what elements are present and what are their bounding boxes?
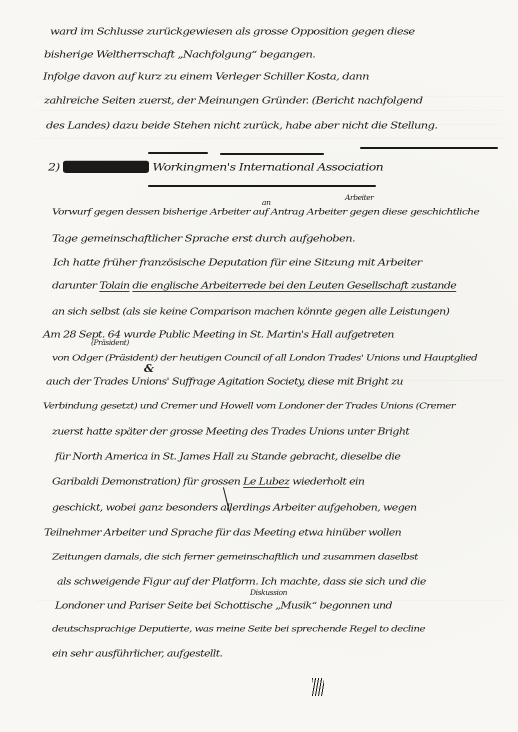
manuscript-line: Garibaldi Demonstration) für grossen Le … [52,476,364,487]
line-text: wiederholt ein [292,476,364,487]
struck-out-word: Internationale [63,161,149,173]
line-text: to decline [379,624,425,634]
line-text: geschickt, wobei ganz besonders allerdin… [52,502,417,513]
line-text: für North America in St. James Hall zu S… [55,451,400,462]
line-text: als schweigende Figur auf der Platform. … [57,576,426,587]
line-text: Verbindung gesetzt) und Cremer und Howel… [43,401,455,411]
line-text: ein sehr ausführlicher, aufgestellt. [52,648,222,659]
manuscript-line: an sich selbst (als sie keine Comparison… [52,306,449,317]
underline-stroke [148,152,208,154]
line-text: deutschsprachige Deputierte, was meine S… [52,624,376,634]
line-text: Garibaldi [52,476,98,487]
manuscript-line: darunter Tolain die englische Arbeiterre… [52,280,456,291]
line-text: Infolge davon auf kurz zu einem Verleger… [43,71,369,82]
line-text: Vorwurf gegen dessen bisherige Arbeiter … [52,207,479,217]
manuscript-line: Tage gemeinschaftlicher Sprache erst dur… [52,233,355,244]
manuscript-line: Ich hatte früher französische Deputation… [53,257,422,268]
manuscript-line: Verbindung gesetzt) und Cremer und Howel… [43,401,455,411]
interlinear-insertion: & [144,362,154,375]
heading-text: Workingmen's International Association [152,161,383,173]
interlinear-insertion: Diskussion [250,588,287,597]
underlined-name: Tolain [99,280,129,291]
manuscript-page: ward im Schlusse zurückgewiesen als gros… [0,0,518,732]
manuscript-line: von Odger (Präsident) der heutigen Counc… [52,353,477,363]
manuscript-line: Zeitungen damals, die sich ferner gemein… [52,552,418,562]
line-text: von Odger (Präsident) der heutigen Counc… [52,353,477,363]
line-text: ward im Schlusse zurückgewiesen als gros… [50,26,415,37]
underlined-name: Le Lubez [243,476,289,487]
scribble-mark [312,678,324,696]
manuscript-line: ward im Schlusse zurückgewiesen als gros… [50,26,415,37]
line-text: an sich selbst (als sie keine Comparison… [52,306,449,317]
manuscript-line: Vorwurf gegen dessen bisherige Arbeiter … [52,207,479,217]
line-text: die englische Arbeiterrede bei den Leute… [132,280,456,291]
section-heading: 2) Internationale Workingmen's Internati… [48,161,383,173]
interlinear-insertion: (Präsident) [91,338,129,347]
manuscript-line: auch der Trades Unions' Suffrage Agitati… [46,376,403,387]
bleed-through [36,110,504,111]
line-text: des Landes) dazu beide Stehen nicht zurü… [46,120,437,131]
line-text: Teilnehmer Arbeiter und Sprache für das … [44,527,401,538]
line-text: Tage gemeinschaftlicher Sprache erst dur… [52,233,355,244]
heading-underline [148,185,376,187]
section-number: 2) [48,161,60,173]
manuscript-line: bisherige Weltherrschaft „Nachfolgung“ b… [44,49,315,60]
manuscript-line: als schweigende Figur auf der Platform. … [57,576,426,587]
bleed-through [36,138,504,139]
manuscript-line: des Landes) dazu beide Stehen nicht zurü… [46,120,437,131]
line-text: Londoner und Pariser Seite bei Schottisc… [55,600,392,611]
manuscript-line: Infolge davon auf kurz zu einem Verleger… [43,71,369,82]
manuscript-line: Londoner und Pariser Seite bei Schottisc… [55,600,392,611]
interlinear-insertion: an [262,198,271,207]
manuscript-line: deutschsprachige Deputierte, was meine S… [52,624,425,634]
line-text: Demonstration) für grossen [101,476,240,487]
line-text: bisherige Weltherrschaft „Nachfolgung“ b… [44,49,315,60]
line-text: zuerst hatte später der grosse Meeting d… [52,426,409,437]
underline-stroke [220,153,324,155]
line-text: zahlreiche Seiten zuerst, der Meinungen … [44,95,423,106]
manuscript-line: geschickt, wobei ganz besonders allerdin… [52,502,417,513]
line-text: Ich hatte früher französische Deputation… [53,257,422,268]
manuscript-line: ein sehr ausführlicher, aufgestellt. [52,648,222,659]
manuscript-line: Teilnehmer Arbeiter und Sprache für das … [44,527,401,538]
manuscript-line: für North America in St. James Hall zu S… [55,451,400,462]
manuscript-line: zuerst hatte später der grosse Meeting d… [52,426,409,437]
manuscript-line: zahlreiche Seiten zuerst, der Meinungen … [44,95,423,106]
underline-stroke [360,147,498,149]
line-text: Zeitungen damals, die sich ferner gemein… [52,552,418,562]
line-text: auch der Trades Unions' Suffrage Agitati… [46,376,403,387]
interlinear-insertion: Arbeiter [345,193,373,202]
line-text: darunter [52,280,96,291]
